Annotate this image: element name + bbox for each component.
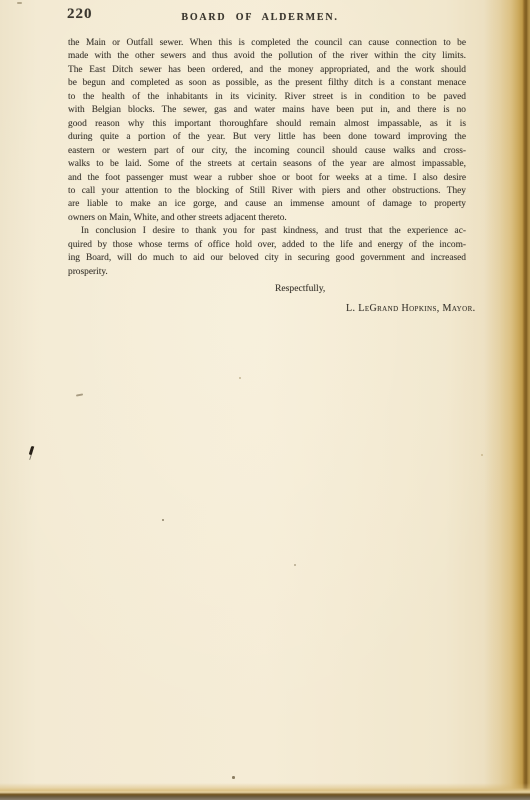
text-line: quired by those whose terms of office ho… <box>68 239 466 252</box>
text-line: The East Ditch sewer has been ordered, a… <box>68 64 466 77</box>
text-line: and the foot passenger must wear a rubbe… <box>68 172 466 185</box>
paper-speck <box>481 454 483 456</box>
paper-speck <box>294 564 296 566</box>
text-line: ing Board, will do much to aid our belov… <box>68 252 466 265</box>
body-text: the Main or Outfall sewer. When this is … <box>68 37 466 315</box>
text-line: with Belgian blocks. The sewer, gas and … <box>68 104 466 117</box>
text-line: the Main or Outfall sewer. When this is … <box>68 37 466 50</box>
book-page-edge-bottom <box>0 783 530 800</box>
text-line: prosperity. <box>68 266 466 279</box>
text-line: good reason why this important thoroughf… <box>68 118 466 131</box>
paper-speck <box>76 393 83 396</box>
text-line: during quite a portion of the year. But … <box>68 131 466 144</box>
running-header: BOARD OF ALDERMEN. <box>0 12 520 23</box>
text-line: be begun and completed as soon as possib… <box>68 77 466 90</box>
text-line: are liable to make an ice gorge, and cau… <box>68 198 466 211</box>
paper-speck <box>239 377 241 379</box>
text-line: eastern or western part of our city, the… <box>68 145 466 158</box>
paper-speck <box>232 776 235 779</box>
paragraph-conclusion: In conclusion I desire to thank you for … <box>68 225 466 279</box>
text-line: owners on Main, White, and other streets… <box>68 212 466 225</box>
text-line: walks to be laid. Some of the streets at… <box>68 158 466 171</box>
book-page-scan: 220 BOARD OF ALDERMEN. the Main or Outfa… <box>0 0 530 800</box>
closing-salutation: Respectfully, <box>68 282 466 295</box>
mayor-signature: L. LeGrand Hopkins, Mayor. <box>68 302 466 315</box>
paper-speck <box>162 519 164 521</box>
text-line: In conclusion I desire to thank you for … <box>68 225 466 238</box>
ink-mark <box>29 446 35 455</box>
text-line: to the health of the inhabitants in its … <box>68 91 466 104</box>
text-line: to call your attention to the blocking o… <box>68 185 466 198</box>
paper-speck <box>17 2 22 4</box>
book-page-edge-right <box>484 0 530 800</box>
text-line: made with the other sewers and thus avoi… <box>68 50 466 63</box>
paragraph-mayor-address: the Main or Outfall sewer. When this is … <box>68 37 466 225</box>
